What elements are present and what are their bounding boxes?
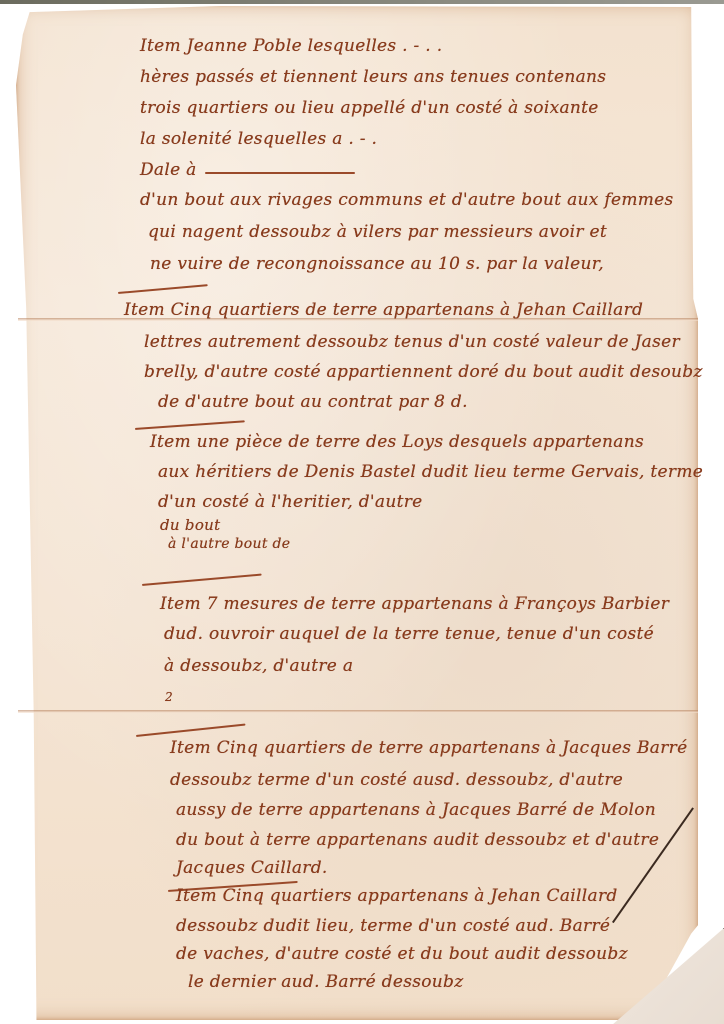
handwritten-line: Item Cinq quartiers de terre appartenans… — [124, 300, 643, 320]
handwritten-line: d'un costé à l'heritier, d'autre — [158, 492, 423, 512]
underline-stroke — [205, 172, 355, 174]
handwritten-line: aussy de terre appartenans à Jacques Bar… — [176, 800, 656, 820]
handwritten-line: ne vuire de recongnoissance au 10 s. par… — [150, 254, 604, 274]
handwritten-line: du bout à terre appartenans audit dessou… — [176, 830, 659, 850]
scanner-edge — [0, 0, 724, 4]
handwritten-line: hères passés et tiennent leurs ans tenue… — [140, 67, 606, 87]
handwritten-line: Item Jeanne Poble lesquelles . - . . — [140, 36, 442, 56]
handwritten-line: de d'autre bout au contrat par 8 d. — [158, 392, 468, 412]
paper-fold — [18, 710, 698, 713]
handwritten-line: le dernier aud. Barré dessoubz — [188, 972, 463, 992]
handwritten-line: à dessoubz, d'autre a — [164, 656, 353, 676]
handwritten-line: Item 7 mesures de terre appartenans à Fr… — [160, 594, 669, 614]
handwritten-line: lettres autrement dessoubz tenus d'un co… — [144, 332, 680, 352]
handwritten-line: brelly, d'autre costé appartiennent doré… — [144, 362, 703, 382]
handwritten-line: qui nagent dessoubz à vilers par messieu… — [148, 222, 607, 242]
handwritten-line: aux héritiers de Denis Bastel dudit lieu… — [158, 462, 703, 482]
handwritten-line: d'un bout aux rivages communs et d'autre… — [140, 190, 674, 210]
handwritten-line: dud. ouvroir auquel de la terre tenue, t… — [164, 624, 654, 644]
handwritten-line: à l'autre bout de — [168, 536, 290, 552]
handwritten-line: Dale à — [140, 160, 197, 180]
handwritten-line: la solenité lesquelles a . - . — [140, 129, 377, 149]
handwritten-line: de vaches, d'autre costé et du bout audi… — [176, 944, 628, 964]
handwritten-line: 2 — [165, 690, 173, 704]
handwritten-line: dessoubz terme d'un costé ausd. dessoubz… — [170, 770, 623, 790]
handwritten-line: trois quartiers ou lieu appellé d'un cos… — [140, 98, 599, 118]
handwritten-line: Item Cinq quartiers appartenans à Jehan … — [176, 886, 618, 906]
handwritten-line: Item Cinq quartiers de terre appartenans… — [170, 738, 687, 758]
handwritten-line: Jacques Caillard. — [176, 858, 328, 878]
handwritten-line: Item une pièce de terre des Loys desquel… — [150, 432, 644, 452]
handwritten-line: dessoubz dudit lieu, terme d'un costé au… — [176, 916, 610, 936]
handwritten-line: du bout — [160, 516, 220, 534]
manuscript-page — [16, 4, 698, 1020]
